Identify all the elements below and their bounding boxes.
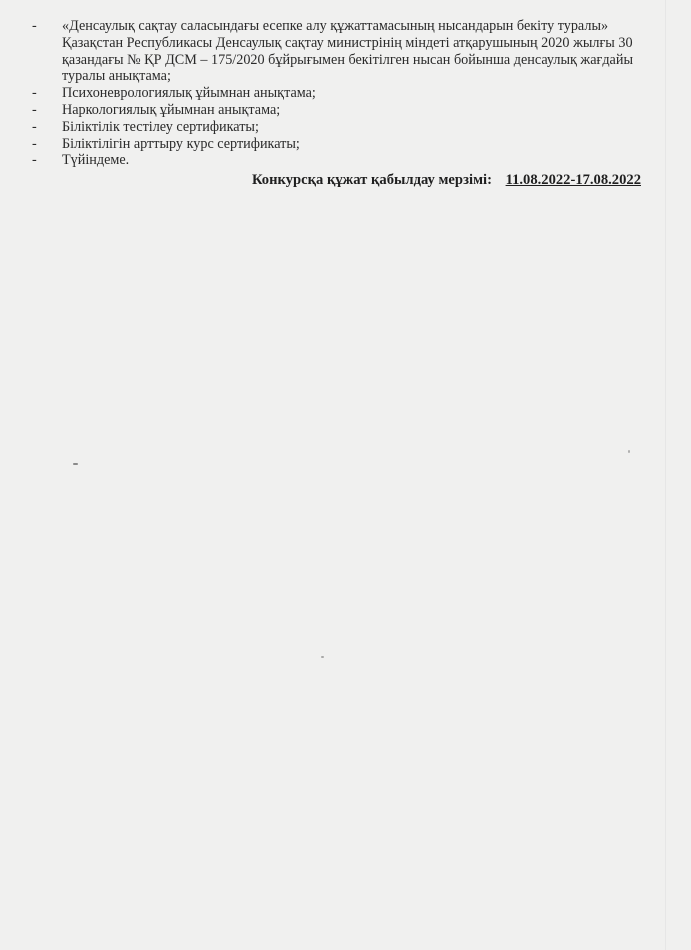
list-item-text: Біліктілігін арттыру курс сертификаты;	[62, 136, 300, 152]
submission-deadline: Конкурсқа құжат қабылдау мерзімі: 11.08.…	[252, 172, 641, 189]
list-bullet: -	[32, 119, 42, 136]
list-item: - Біліктілігін арттыру курс сертификаты;	[32, 136, 672, 153]
list-bullet: -	[32, 18, 42, 35]
deadline-dates: 11.08.2022-17.08.2022	[506, 172, 641, 188]
list-item-text: Біліктілік тестілеу сертификаты;	[62, 119, 259, 135]
list-item-text: Түйіндеме.	[62, 152, 129, 168]
requirements-list: - «Денсаулық сақтау саласындағы есепке а…	[32, 18, 672, 169]
list-bullet: -	[32, 102, 42, 119]
list-item-text: «Денсаулық сақтау саласындағы есепке алу…	[62, 18, 633, 84]
list-item-text: Психоневрологиялық ұйымнан анықтама;	[62, 85, 316, 101]
list-item-text: Наркологиялық ұйымнан анықтама;	[62, 102, 280, 118]
list-item: - «Денсаулық сақтау саласындағы есепке а…	[32, 18, 672, 85]
list-bullet: -	[32, 136, 42, 153]
list-item: - Психоневрологиялық ұйымнан анықтама;	[32, 85, 672, 102]
list-bullet: -	[32, 152, 42, 169]
scanned-page: - «Денсаулық сақтау саласындағы есепке а…	[0, 0, 691, 950]
list-bullet: -	[32, 85, 42, 102]
list-item: - Түйіндеме.	[32, 152, 672, 169]
list-item: - Наркологиялық ұйымнан анықтама;	[32, 102, 672, 119]
scan-speck	[73, 463, 78, 465]
deadline-label: Конкурсқа құжат қабылдау мерзімі:	[252, 172, 492, 188]
list-item: - Біліктілік тестілеу сертификаты;	[32, 119, 672, 136]
scan-speck	[628, 450, 630, 453]
scan-speck	[321, 656, 324, 658]
